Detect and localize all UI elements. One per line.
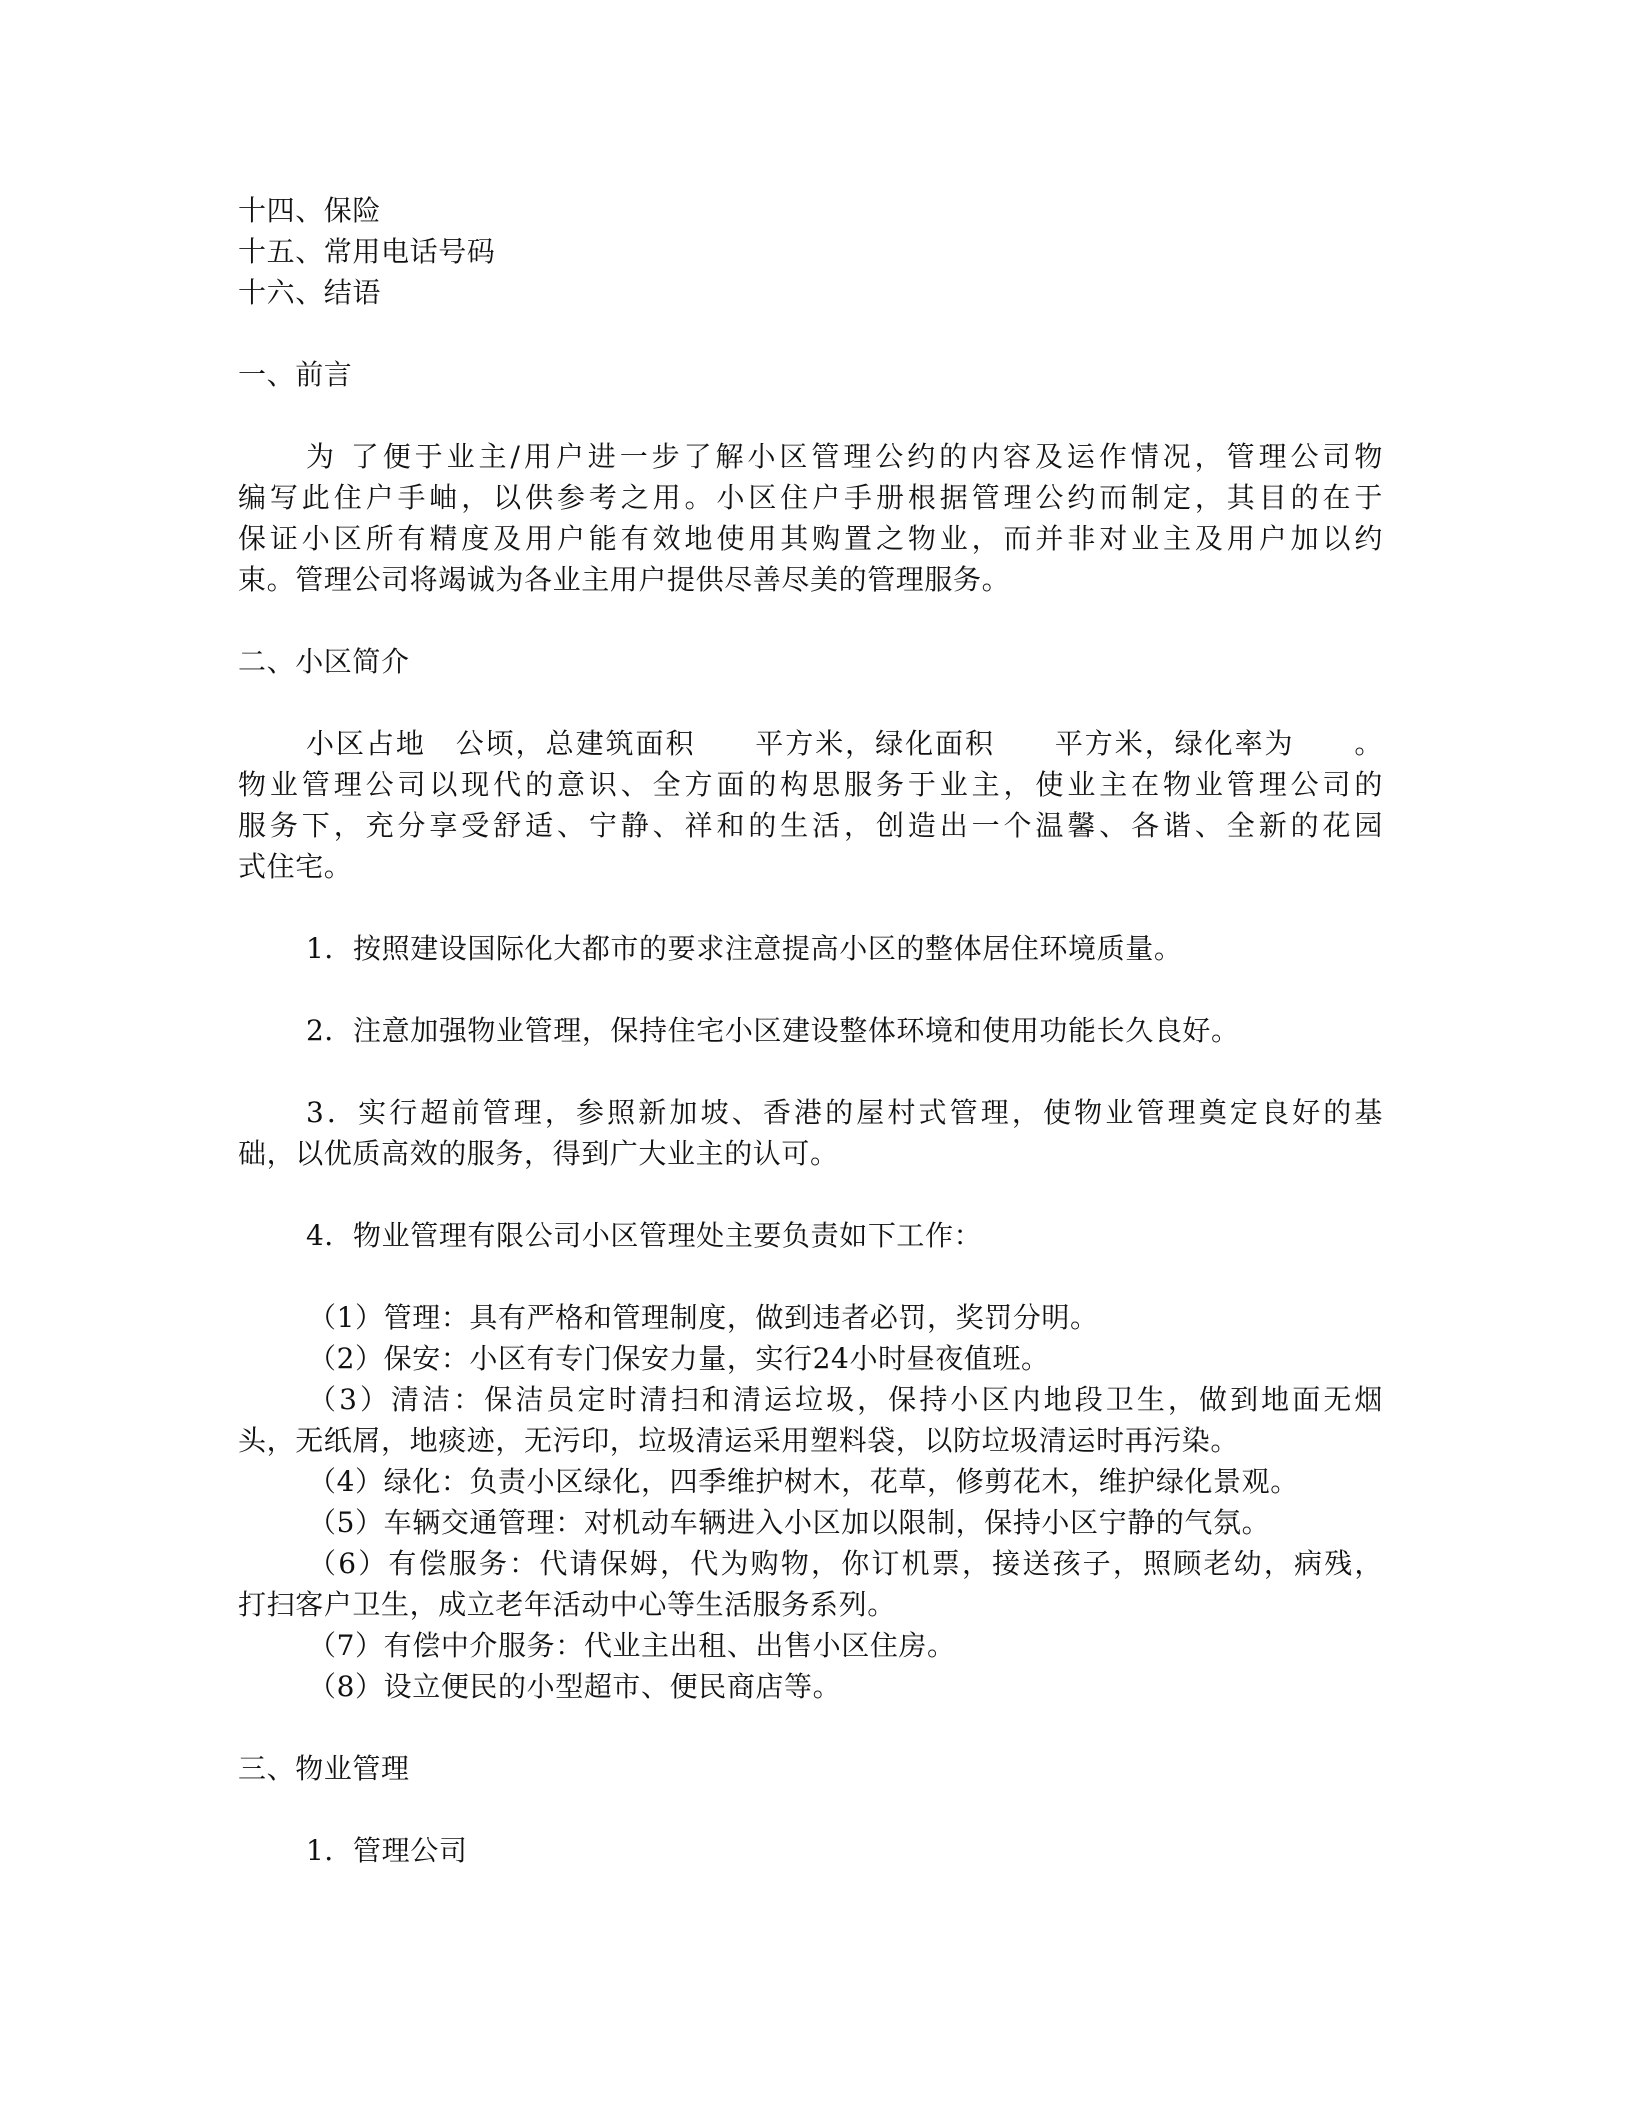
point-3-line: 3．实行超前管理，参照新加坡、香港的屋村式管理，使物业管理奠定良好的基	[306, 1092, 1383, 1133]
duty-item-cleaning-line: （3）清洁：保洁员定时清扫和清运垃圾，保持小区内地段卫生，做到地面无烟	[308, 1379, 1383, 1420]
intro-paragraph-line: 小区占地 公顷，总建筑面积 平方米，绿化面积 平方米，绿化率为 。	[306, 723, 1383, 764]
intro-paragraph-line: 物业管理公司以现代的意识、全方面的构思服务于业主，使业主在物业管理公司的	[238, 764, 1383, 805]
duty-item-convenience-stores: （8）设立便民的小型超市、便民商店等。	[308, 1666, 1383, 1707]
duty-item-agency-services: （7）有偿中介服务：代业主出租、出售小区住房。	[308, 1625, 1383, 1666]
toc-item-insurance: 十四、保险	[238, 190, 1383, 231]
point-2: 2．注意加强物业管理，保持住宅小区建设整体环境和使用功能长久良好。	[306, 1010, 1383, 1051]
document-page: 十四、保险 十五、常用电话号码 十六、结语 一、前言 为 了便于业主/用户进一步…	[0, 0, 1632, 2112]
intro-paragraph-line: 式住宅。	[238, 846, 1383, 887]
preface-paragraph-line: 为 了便于业主/用户进一步了解小区管理公约的内容及运作情况，管理公司物	[306, 436, 1383, 477]
section-heading-community-intro: 二、小区简介	[238, 641, 1383, 682]
point-1: 1．按照建设国际化大都市的要求注意提高小区的整体居住环境质量。	[306, 928, 1383, 969]
duty-item-security: （2）保安：小区有专门保安力量，实行24小时昼夜值班。	[308, 1338, 1383, 1379]
duty-item-paid-services-line: （6）有偿服务：代请保姆，代为购物，你订机票，接送孩子，照顾老幼，病残，	[308, 1543, 1383, 1584]
duty-item-greening: （4）绿化：负责小区绿化，四季维护树木，花草，修剪花木，维护绿化景观。	[308, 1461, 1383, 1502]
point-3-line: 础，以优质高效的服务，得到广大业主的认可。	[238, 1133, 1383, 1174]
subsection-management-company: 1．管理公司	[306, 1830, 1383, 1871]
duty-item-traffic: （5）车辆交通管理：对机动车辆进入小区加以限制，保持小区宁静的气氛。	[308, 1502, 1383, 1543]
duty-item-paid-services-line: 打扫客户卫生，成立老年活动中心等生活服务系列。	[238, 1584, 1383, 1625]
toc-item-phone-numbers: 十五、常用电话号码	[238, 231, 1383, 272]
point-4: 4．物业管理有限公司小区管理处主要负责如下工作：	[306, 1215, 1383, 1256]
section-heading-preface: 一、前言	[238, 354, 1383, 395]
preface-paragraph-line: 束。管理公司将竭诚为各业主用户提供尽善尽美的管理服务。	[238, 559, 1383, 600]
toc-item-conclusion: 十六、结语	[238, 272, 1383, 313]
preface-paragraph-line: 保证小区所有精度及用户能有效地使用其购置之物业，而并非对业主及用户加以约	[238, 518, 1383, 559]
duty-item-management: （1）管理：具有严格和管理制度，做到违者必罚，奖罚分明。	[308, 1297, 1383, 1338]
intro-paragraph-line: 服务下，充分享受舒适、宁静、祥和的生活，创造出一个温馨、各谐、全新的花园	[238, 805, 1383, 846]
preface-paragraph-line: 编写此住户手岫，以供参考之用。小区住户手册根据管理公约而制定，其目的在于	[238, 477, 1383, 518]
duty-item-cleaning-line: 头，无纸屑，地痰迹，无污印，垃圾清运采用塑料袋，以防垃圾清运时再污染。	[238, 1420, 1383, 1461]
section-heading-property-management: 三、物业管理	[238, 1748, 1383, 1789]
